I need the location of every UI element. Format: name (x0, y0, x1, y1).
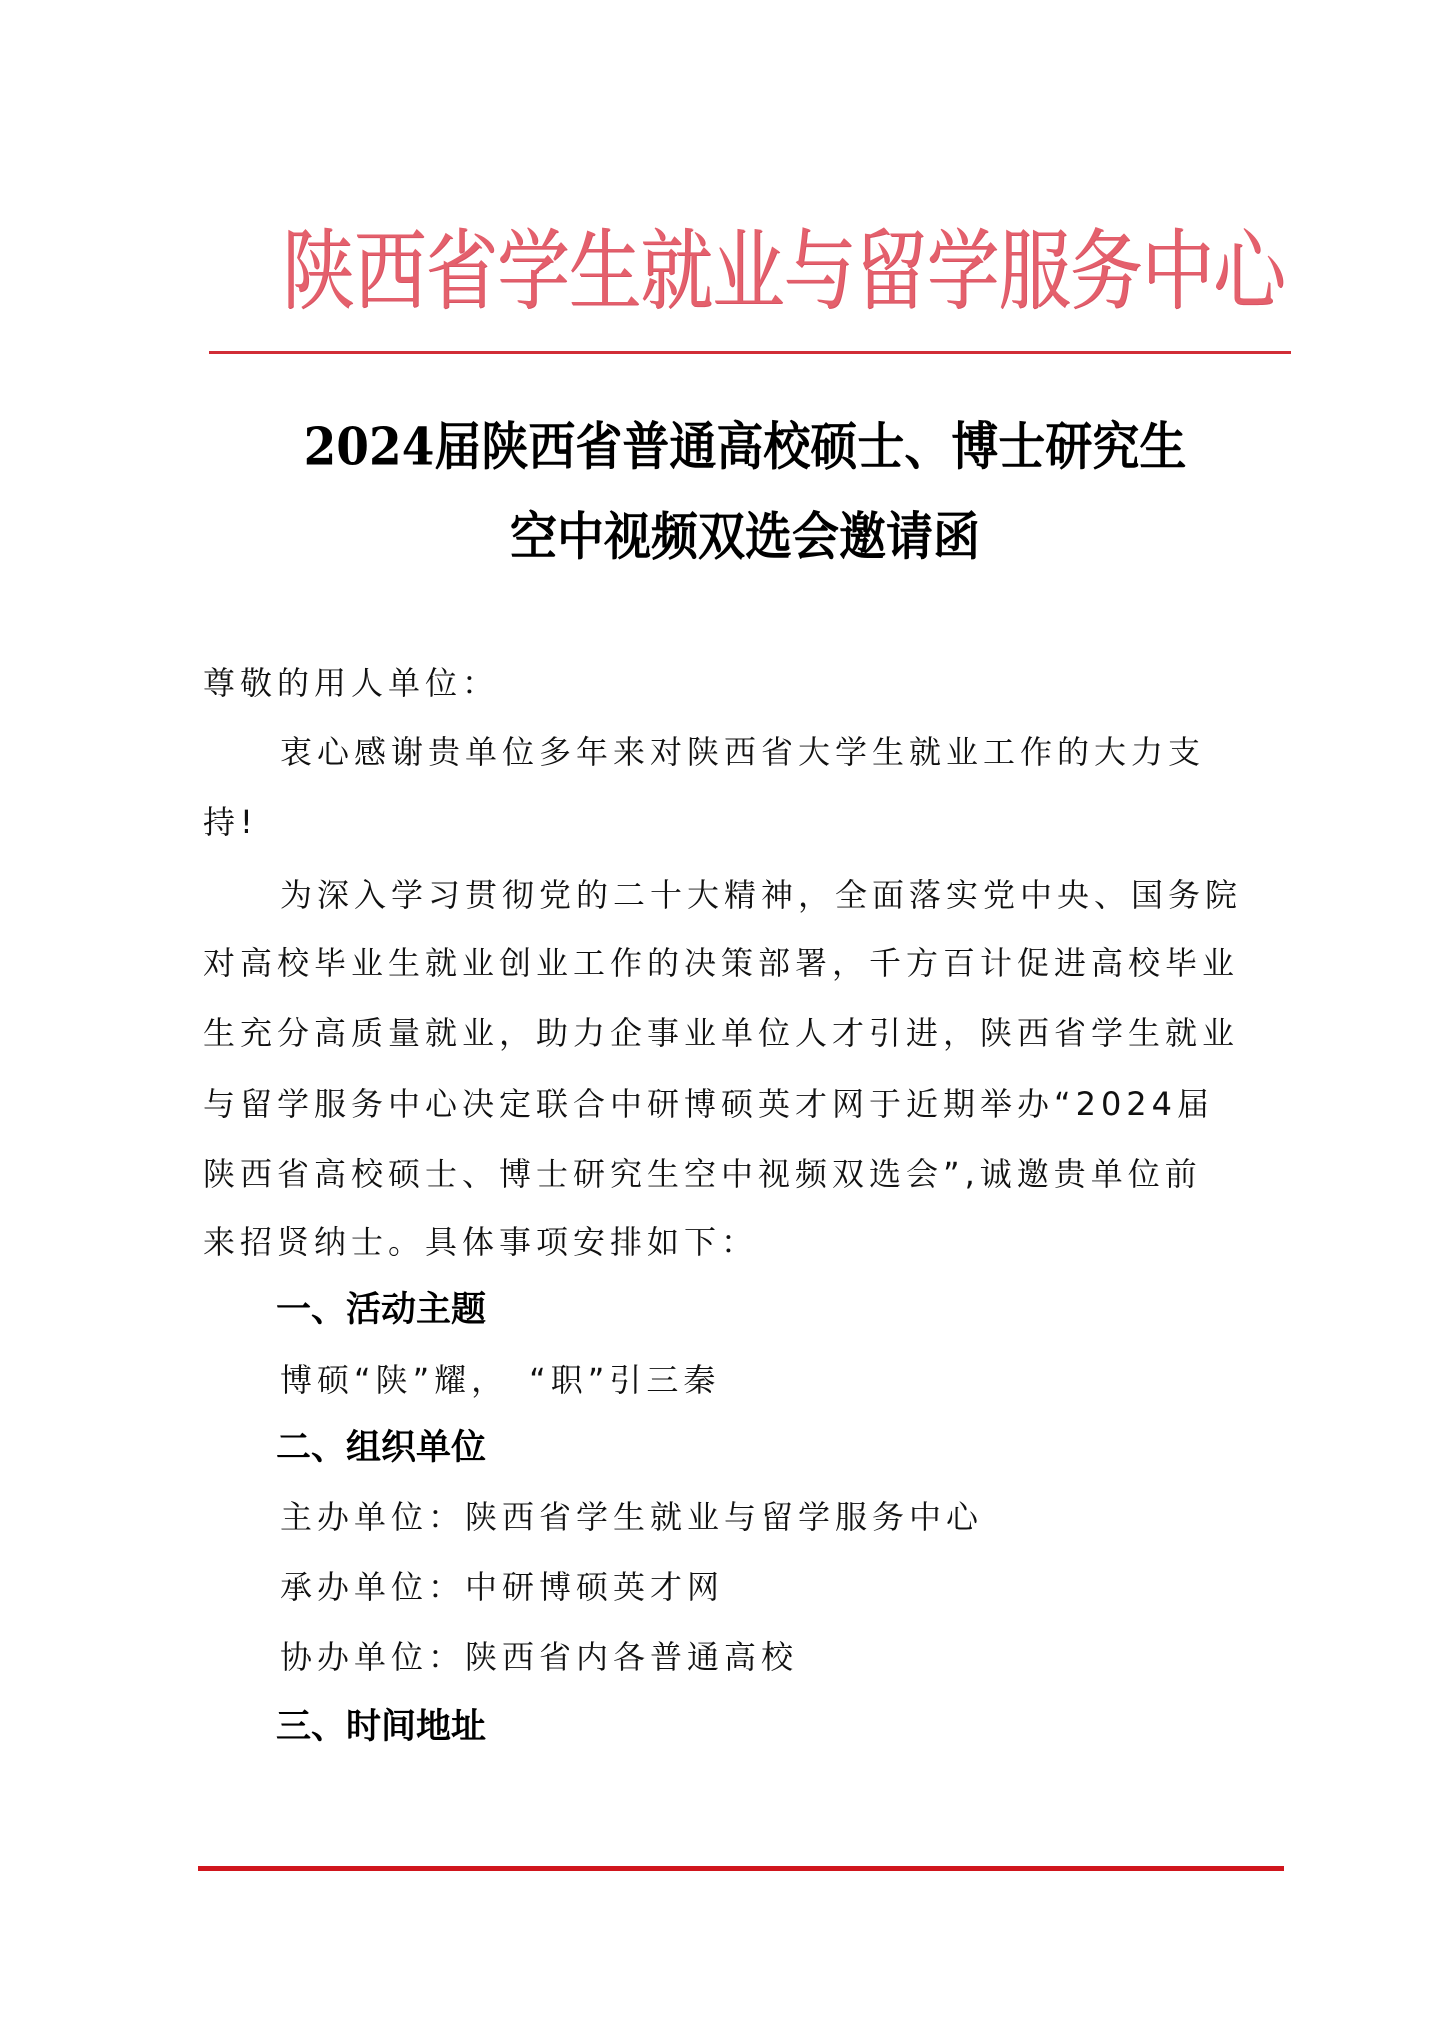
organizer-undertaker: 承办单位：中研博硕英才网 (280, 1567, 1330, 1607)
document-title-line-2: 空中视频双选会邀请函 (25, 505, 1440, 571)
paragraph-2-line-5: 陕西省高校硕士、博士研究生空中视频双选会”,诚邀贵单位前 (203, 1154, 1253, 1194)
organizer-cosponsor: 协办单位：陕西省内各普通高校 (280, 1637, 1330, 1677)
paragraph-2-line-4: 与留学服务中心决定联合中研博硕英才网于近期举办“2024届 (203, 1084, 1253, 1124)
document-title-line-1: 2024届陕西省普通高校硕士、博士研究生 (25, 415, 1440, 481)
letterhead-divider (209, 351, 1291, 354)
section-heading-organizers: 二、组织单位 (276, 1426, 486, 1470)
paragraph-1-line-2: 持! (203, 802, 1253, 842)
organizer-host: 主办单位：陕西省学生就业与留学服务中心 (280, 1497, 1330, 1537)
section-heading-theme: 一、活动主题 (276, 1288, 486, 1332)
organization-letterhead: 陕西省学生就业与留学服务中心 (282, 216, 1221, 328)
paragraph-2-line-6: 来招贤纳士。具体事项安排如下： (203, 1222, 1253, 1262)
document-page: 陕西省学生就业与留学服务中心 2024届陕西省普通高校硕士、博士研究生 空中视频… (0, 0, 1440, 2031)
paragraph-2-line-2: 对高校毕业生就业创业工作的决策部署，千方百计促进高校毕业 (203, 943, 1253, 983)
salutation: 尊敬的用人单位： (203, 663, 1253, 703)
paragraph-2-line-1: 为深入学习贯彻党的二十大精神，全面落实党中央、国务院 (280, 875, 1330, 915)
footer-divider (198, 1866, 1284, 1871)
paragraph-2-line-3: 生充分高质量就业，助力企事业单位人才引进，陕西省学生就业 (203, 1013, 1253, 1053)
section-theme-item: 博硕“陕”耀， “职”引三秦 (280, 1360, 1330, 1400)
paragraph-1-line-1: 衷心感谢贵单位多年来对陕西省大学生就业工作的大力支 (280, 732, 1330, 772)
section-heading-time-location: 三、时间地址 (276, 1705, 486, 1749)
